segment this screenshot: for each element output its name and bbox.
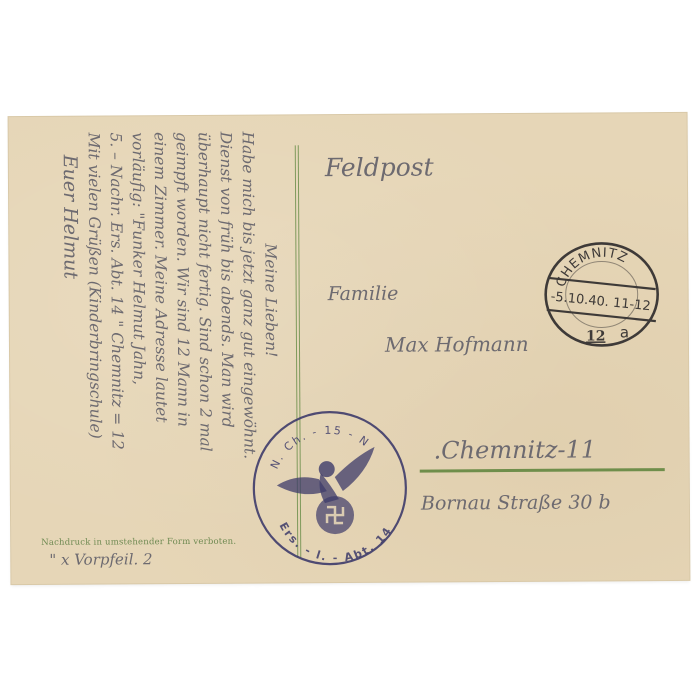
postmark-date: -5.10.40. 11-12 <box>550 289 651 314</box>
eagle-swastika-emblem-icon: N. Ch. - 15 - N Ers. - l. - Abt. 14 <box>246 407 413 570</box>
message-line-salutation: Meine Lieben! <box>262 243 278 357</box>
postmark-office: 12 <box>586 328 606 344</box>
feldpost-heading: Feldpost <box>325 152 434 182</box>
imprint-notice: Nachdruck in umstehender Form verboten. <box>41 537 236 548</box>
postcard: Meine Lieben! Habe mich bis jetzt ganz g… <box>9 113 690 584</box>
postmark-letter: a <box>620 323 629 341</box>
recipient-city: .Chemnitz-11 <box>434 435 597 464</box>
recipient-line1: Familie <box>328 283 399 305</box>
postmark-icon: CHEMNITZ -5.10.40. 11-12 12 a <box>541 239 662 350</box>
recipient-name: Max Hofmann <box>385 332 529 357</box>
unit-stamp: N. Ch. - 15 - N Ers. - l. - Abt. 14 <box>246 407 413 570</box>
message-line: Dienst von früh bis abends. Man wird <box>217 132 234 428</box>
message-line-signature: Euer Helmut <box>60 155 80 279</box>
message-line: Mit vielen Grüßen (Kinderbringschule) <box>85 133 102 439</box>
message-line: einem Zimmer. Meine Adresse lautet <box>151 132 168 422</box>
message-line: vorläufig: "Funker Helmut Jahn, <box>129 132 146 385</box>
footnote: " x Vorpfeil. 2 <box>49 550 152 569</box>
message-line: überhaupt nicht fertig. Sind schon 2 mal <box>195 132 212 452</box>
message-line: 5. – Nachr. Ers. Abt. 14 " Chemnitz = 12 <box>107 132 124 450</box>
message-line: geimpft worden. Wir sind 12 Mann in <box>173 132 190 427</box>
postmark-stamp: CHEMNITZ -5.10.40. 11-12 12 a <box>541 239 662 350</box>
recipient-street: Bornau Straße 30 b <box>421 491 611 514</box>
message-block: Meine Lieben! Habe mich bis jetzt ganz g… <box>39 123 282 534</box>
address-underline <box>420 468 665 472</box>
